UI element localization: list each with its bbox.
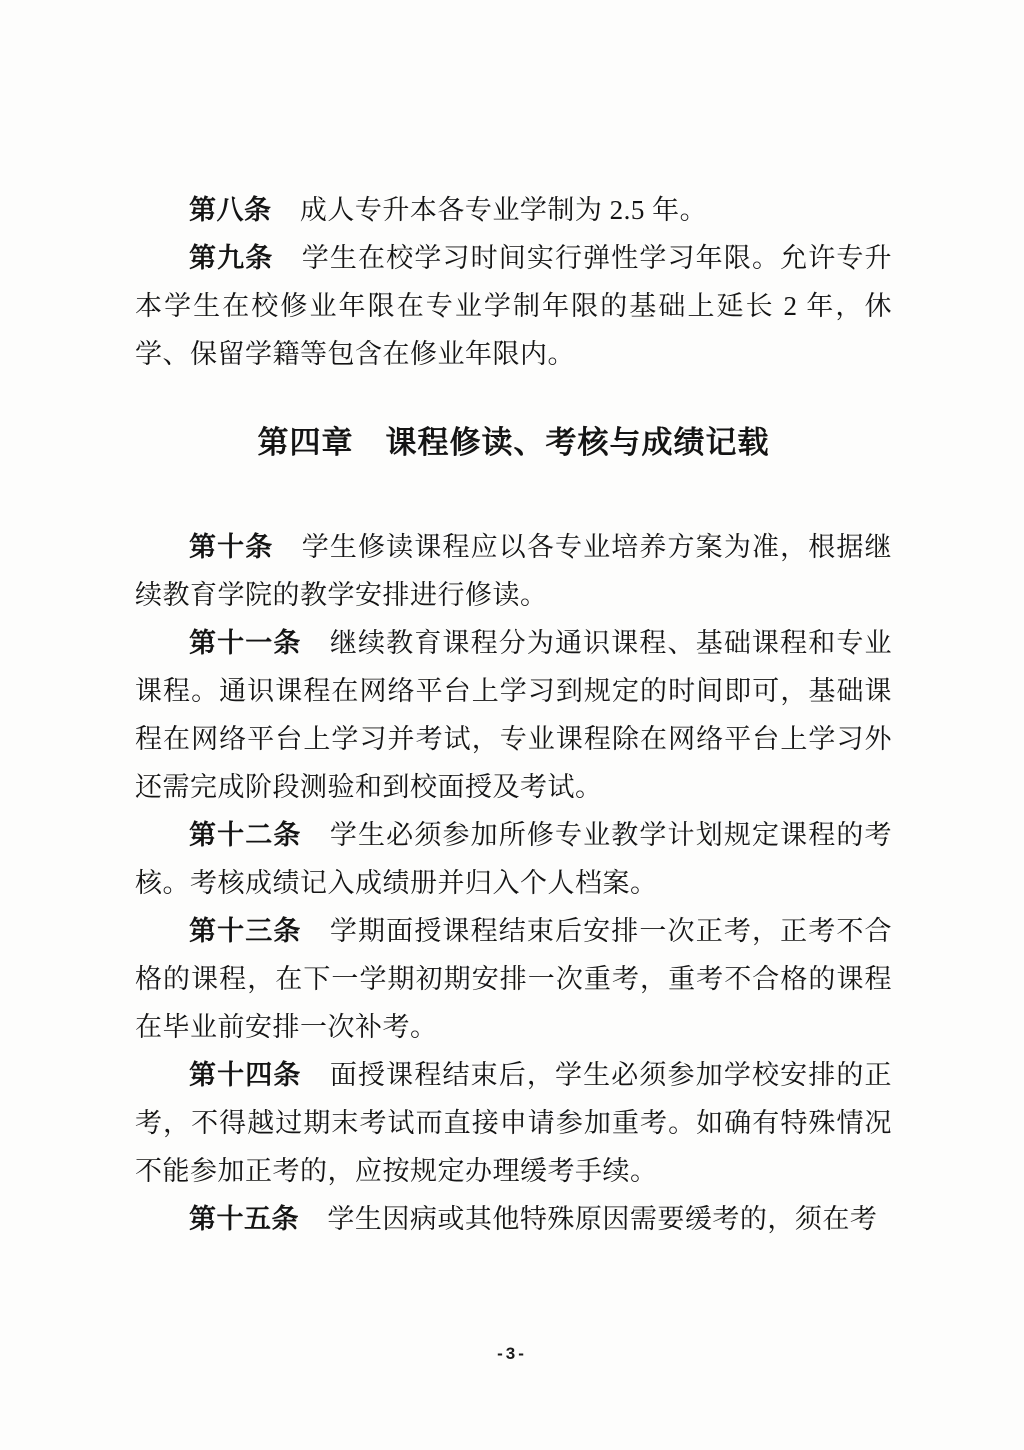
page-number: -3-	[0, 1344, 1024, 1364]
document-body: 第八条成人专升本各专业学制为 2.5 年。 第九条学生在校学习时间实行弹性学习年…	[135, 186, 892, 1243]
article-15-text: 学生因病或其他特殊原因需要缓考的，须在考	[327, 1204, 877, 1234]
article-8-number: 第八条	[189, 195, 272, 225]
article-10: 第十条学生修读课程应以各专业培养方案为准，根据继续教育学院的教学安排进行修读。	[135, 523, 892, 619]
article-8-text: 成人专升本各专业学制为 2.5 年。	[300, 195, 707, 225]
article-12-number: 第十二条	[189, 820, 302, 850]
article-14: 第十四条面授课程结束后，学生必须参加学校安排的正考，不得越过期末考试而直接申请参…	[135, 1051, 892, 1195]
article-13: 第十三条学期面授课程结束后安排一次正考，正考不合格的课程，在下一学期初期安排一次…	[135, 907, 892, 1051]
article-10-number: 第十条	[189, 532, 273, 562]
chapter-4-heading: 第四章 课程修读、考核与成绩记载	[135, 419, 892, 467]
article-14-number: 第十四条	[189, 1060, 302, 1090]
article-15: 第十五条学生因病或其他特殊原因需要缓考的，须在考	[135, 1195, 892, 1243]
article-12: 第十二条学生必须参加所修专业教学计划规定课程的考核。考核成绩记入成绩册并归入个人…	[135, 811, 892, 907]
article-11: 第十一条继续教育课程分为通识课程、基础课程和专业课程。通识课程在网络平台上学习到…	[135, 619, 892, 811]
article-9-number: 第九条	[189, 243, 273, 273]
article-11-number: 第十一条	[189, 628, 302, 658]
document-page: 第八条成人专升本各专业学制为 2.5 年。 第九条学生在校学习时间实行弹性学习年…	[0, 0, 1024, 1450]
article-8: 第八条成人专升本各专业学制为 2.5 年。	[135, 186, 892, 234]
article-15-number: 第十五条	[189, 1204, 299, 1234]
article-9: 第九条学生在校学习时间实行弹性学习年限。允许专升本学生在校修业年限在专业学制年限…	[135, 234, 892, 378]
article-13-number: 第十三条	[189, 916, 302, 946]
